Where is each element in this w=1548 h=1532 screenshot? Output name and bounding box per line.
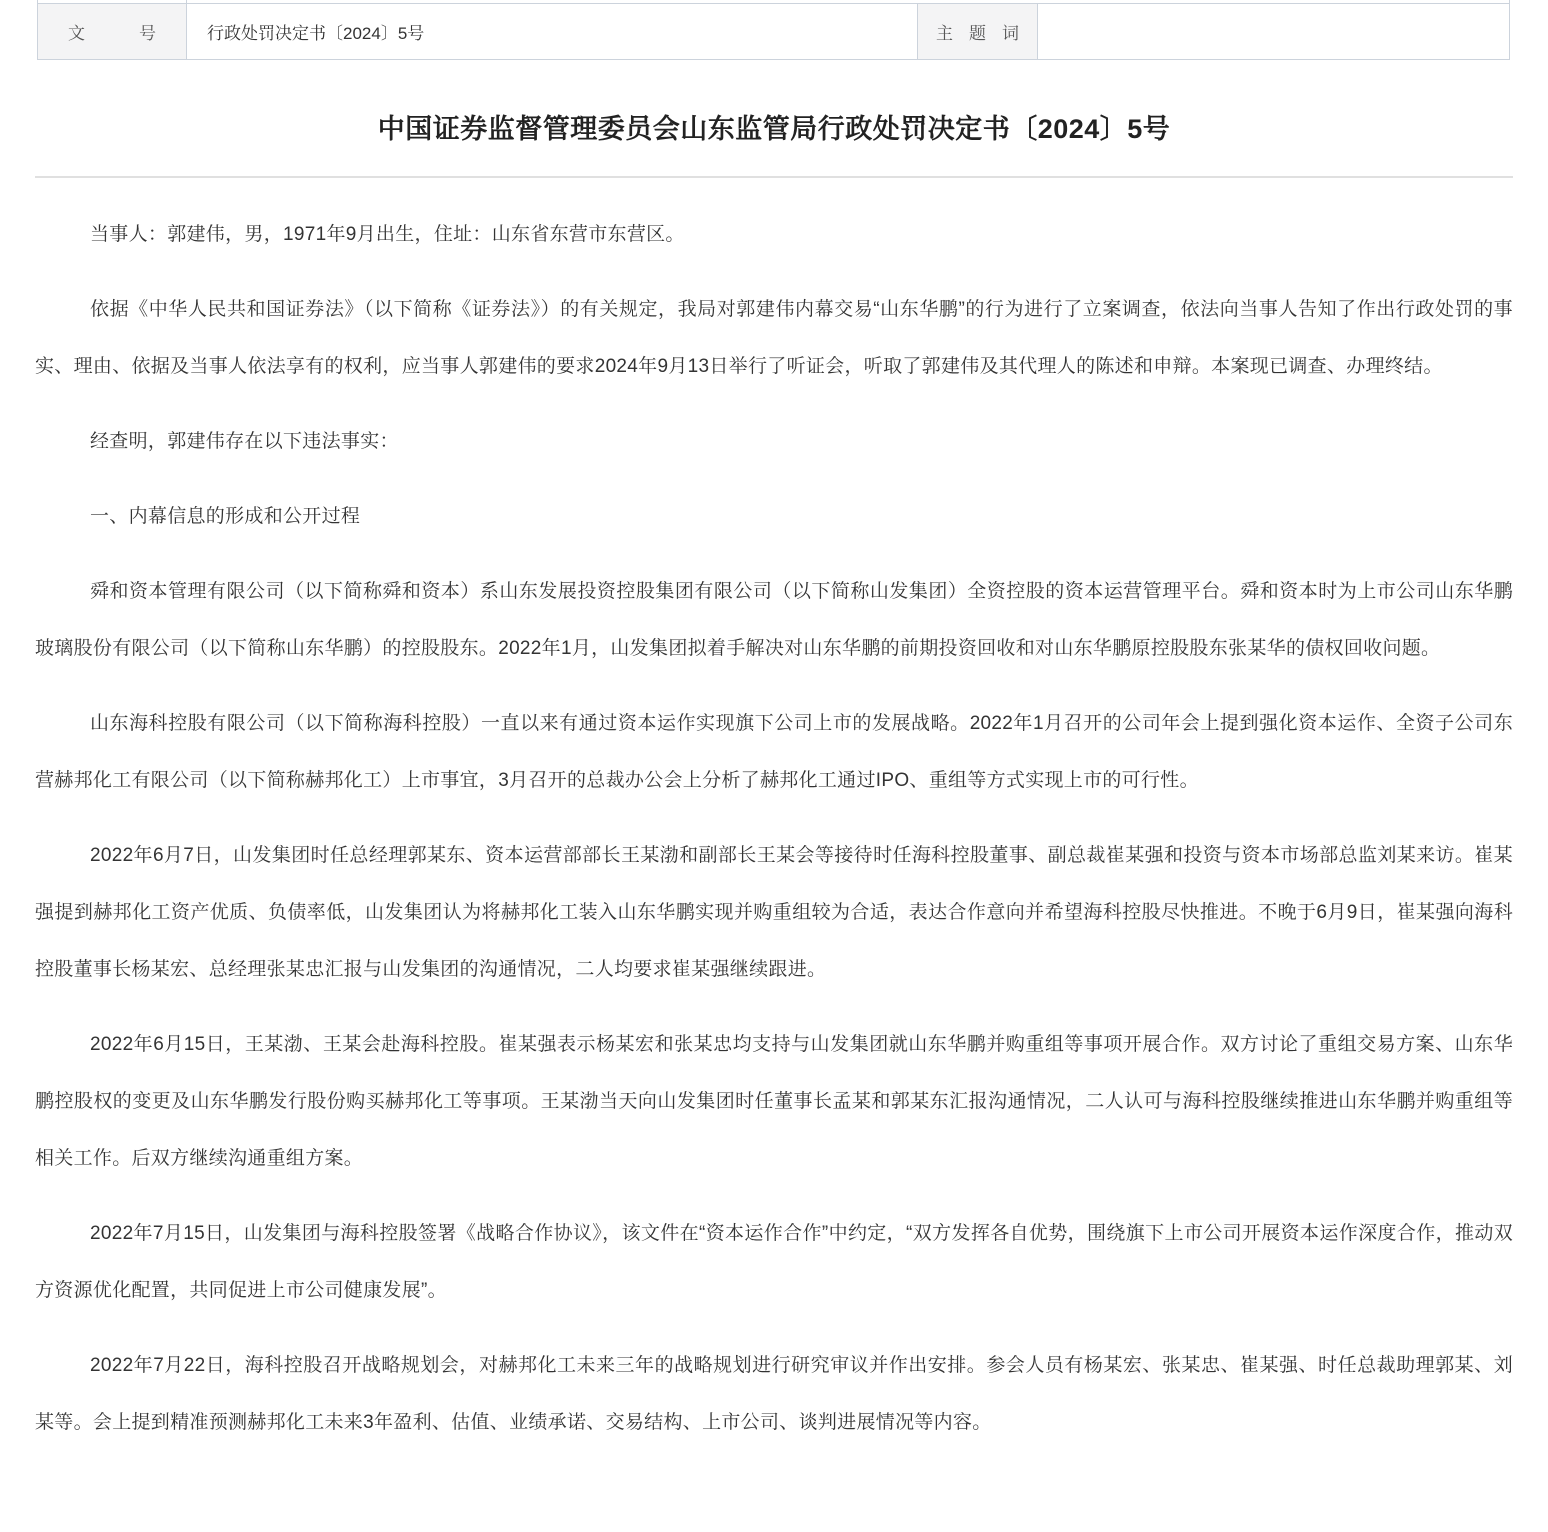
doc-number-label: 文 号 — [68, 19, 156, 44]
paragraph-section-heading: 一、内幕信息的形成和公开过程 — [35, 488, 1513, 545]
paragraph-parties: 当事人：郭建伟，男，1971年9月出生，住址：山东省东营市东营区。 — [35, 206, 1513, 263]
subject-label-cell: 主 题 词 — [918, 4, 1038, 59]
paragraph-july15: 2022年7月15日，山发集团与海科控股签署《战略合作协议》，该文件在“资本运作… — [35, 1205, 1513, 1319]
subject-label: 主 题 词 — [936, 19, 1019, 44]
paragraph-june15: 2022年6月15日，王某渤、王某会赴海科控股。崔某强表示杨某宏和张某忠均支持与… — [35, 1016, 1513, 1187]
meta-table: 文 号 行政处罚决定书〔2024〕5号 主 题 词 — [37, 3, 1510, 60]
document-body: 当事人：郭建伟，男，1971年9月出生，住址：山东省东营市东营区。 依据《中华人… — [35, 206, 1513, 1451]
paragraph-shunhe-capital: 舜和资本管理有限公司（以下简称舜和资本）系山东发展投资控股集团有限公司（以下简称… — [35, 563, 1513, 677]
doc-number-label-cell: 文 号 — [38, 4, 187, 59]
doc-number-value: 行政处罚决定书〔2024〕5号 — [187, 4, 918, 59]
paragraph-basis: 依据《中华人民共和国证券法》（以下简称《证券法》）的有关规定，我局对郭建伟内幕交… — [35, 281, 1513, 395]
paragraph-june7: 2022年6月7日，山发集团时任总经理郭某东、资本运营部部长王某渤和副部长王某会… — [35, 827, 1513, 998]
page-title: 中国证券监督管理委员会山东监管局行政处罚决定书〔2024〕5号 — [0, 107, 1548, 146]
title-divider — [35, 176, 1513, 178]
document-meta-bar: 文 号 行政处罚决定书〔2024〕5号 主 题 词 — [37, 0, 1510, 60]
meta-table-cut-row — [37, 0, 1510, 3]
subject-value — [1038, 4, 1509, 59]
paragraph-haike-holding: 山东海科控股有限公司（以下简称海科控股）一直以来有通过资本运作实现旗下公司上市的… — [35, 695, 1513, 809]
paragraph-findings-intro: 经查明，郭建伟存在以下违法事实： — [35, 413, 1513, 470]
paragraph-july22: 2022年7月22日，海科控股召开战略规划会，对赫邦化工未来三年的战略规划进行研… — [35, 1337, 1513, 1451]
